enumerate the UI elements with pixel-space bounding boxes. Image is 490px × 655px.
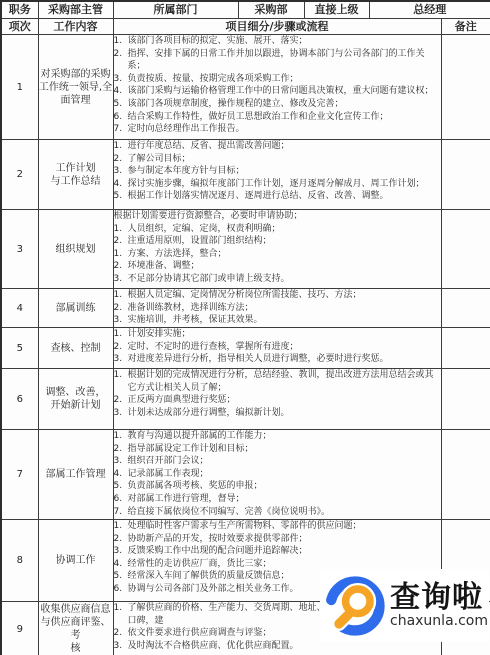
step-text: 不足部分协请其它部门或申请上级支持。 <box>128 273 441 286</box>
step-text: 反馈采购工作中出现的配合问题并追踪解决； <box>128 545 441 558</box>
step-item: 2.指挥、安排下属的日常工作并加以跟进，协调本部门与公司各部门的工作关系； <box>114 48 441 73</box>
row-work-content: 工作计划 与工作总结 <box>38 140 113 210</box>
step-number: 5. <box>114 98 128 111</box>
step-text: 负责部属各项考核、奖惩的申报； <box>128 480 441 493</box>
row-work-content: 部属工作管理 <box>38 430 113 520</box>
step-text: 对进度差异进行分析，指导相关人员进行调整，必要时进行奖惩。 <box>128 353 441 366</box>
watermark-text-block: 查询啦 chaxunla.com <box>390 583 488 628</box>
row-steps: 1.根据人员定编、定岗情况分析岗位所需技能、技巧、方法；2.准备训练教材，选择训… <box>113 289 441 328</box>
step-item: 5.该部门各项规章制度，操作规程的建立、修改及完善； <box>114 98 441 111</box>
step-item: 2.了解公司目标； <box>114 153 441 166</box>
step-item: 3.组织召开部门会议； <box>114 455 441 468</box>
position-label: 职务 <box>1 1 38 19</box>
step-text: 根据计划的完成情况进行分析，总结经验、教训，提出改进方法用总结会或其它方式让相关… <box>128 369 441 394</box>
row-steps: 1.进行年度总结、反省、提出需改善问题；2.了解公司目标；3.参与制定本年度方针… <box>113 140 441 210</box>
step-number: 6. <box>114 111 128 124</box>
row-steps: 1.教育与沟通以提升部属的工作能力；2.指导部属设定工作计划和目标；3.组织召开… <box>113 430 441 520</box>
step-item: 1.教育与沟通以提升部属的工作能力； <box>114 430 441 443</box>
step-text: 指挥、安排下属的日常工作并加以跟进，协调本部门与公司各部门的工作关系； <box>128 48 441 73</box>
step-number: 6. <box>114 583 128 596</box>
row-remark <box>441 328 490 369</box>
step-text: 注重适用原则，设置部门组织结构； <box>128 235 441 248</box>
step-item: 4.该部门采购与运输价格管理工作中的日常问题具决策权，重大问题有建议权； <box>114 85 441 98</box>
step-text: 对部属工作进行管理，督导； <box>128 493 441 506</box>
step-number: 1. <box>114 430 128 443</box>
step-item: 4.探讨实施步骤，编拟年度部门工作计划，逐月逐周分解成月、周工作计划； <box>114 178 441 191</box>
step-item: 1.方案、方法选择，整合； <box>114 248 441 261</box>
step-number: 4. <box>114 468 128 481</box>
step-text: 根据人员定编、定岗情况分析岗位所需技能、技巧、方法； <box>128 289 441 302</box>
step-number: 1. <box>114 602 128 627</box>
step-number: 2. <box>114 394 128 407</box>
header-row-columns: 项次 工作内容 项目细分/步骤或流程 备注 <box>1 19 490 35</box>
step-item: 3.负责按质、按量、按期完成各项采购工作； <box>114 73 441 86</box>
step-number: 3. <box>114 73 128 86</box>
step-number: 3. <box>114 353 128 366</box>
step-text: 处理临时性客户需求与生产所需物料、零部件的供应问题； <box>128 520 441 533</box>
step-item: 4.记录部属工作表现； <box>114 468 441 481</box>
step-number: 3. <box>114 314 128 327</box>
department-value: 采购部 <box>238 1 304 19</box>
row-remark <box>441 289 490 328</box>
step-text: 该部门各项规章制度，操作规程的建立、修改及完善； <box>128 98 441 111</box>
step-item: 根据计划需要进行资源整合，必要时申请协助； <box>114 210 441 223</box>
step-text: 负责按质、按量、按期完成各项采购工作； <box>128 73 441 86</box>
row-steps: 1.根据计划的完成情况进行分析，总结经验、教训，提出改进方法用总结会或其它方式让… <box>113 369 441 430</box>
row-number: 6 <box>1 369 38 430</box>
step-text: 准备训练教材，选择训练方法； <box>128 302 441 315</box>
step-text: 了解公司目标； <box>128 153 441 166</box>
step-item: 7.给直接下属依岗位不同编写、完善《岗位说明书》。 <box>114 506 441 519</box>
step-text: 进行年度总结、反省、提出需改善问题； <box>128 140 441 153</box>
row-work-content: 对采购部的采购 工作统一领导,全 面管理 <box>38 35 113 140</box>
step-item: 2.定时、不定时的进行查核，掌握所有进度； <box>114 341 441 354</box>
table-row: 4部属训练1.根据人员定编、定岗情况分析岗位所需技能、技巧、方法；2.准备训练教… <box>1 289 490 328</box>
step-item: 1.处理临时性客户需求与生产所需物料、零部件的供应问题； <box>114 520 441 533</box>
row-number: 9 <box>1 602 38 655</box>
step-item: 3.不足部分协请其它部门或申请上级支持。 <box>114 273 441 286</box>
step-item: 5.负责部属各项考核、奖惩的申报； <box>114 480 441 493</box>
step-number: 2. <box>114 341 128 354</box>
step-text: 组织召开部门会议； <box>128 455 441 468</box>
step-text: 该部门采购与运输价格管理工作中的日常问题具决策权，重大问题有建议权； <box>128 85 441 98</box>
step-text: 定时向总经理作出工作报告。 <box>128 123 441 136</box>
step-item: 1.该部门各项目标的拟定、实施、展开、落实； <box>114 35 441 48</box>
step-item: 7.定时向总经理作出工作报告。 <box>114 123 441 136</box>
step-text: 定时、不定时的进行查核，掌握所有进度； <box>128 341 441 354</box>
step-item: 3.实施培训，并考核，保证其效果。 <box>114 314 441 327</box>
row-remark <box>441 35 490 140</box>
step-number: 2. <box>114 443 128 456</box>
row-work-content: 查核、控制 <box>38 328 113 369</box>
step-text: 人员组织，定编、定岗，权责利明确； <box>128 223 441 236</box>
step-text: 计划未达成部分进行调整，编拟新计划。 <box>128 407 441 420</box>
step-text: 该部门各项目标的拟定、实施、展开、落实； <box>128 35 441 48</box>
step-item: 3.对进度差异进行分析，指导相关人员进行调整，必要时进行奖惩。 <box>114 353 441 366</box>
report-to-value: 总经理 <box>369 1 490 19</box>
step-text: 计划安排实施； <box>128 328 441 341</box>
step-number: 3. <box>114 455 128 468</box>
step-number: 2. <box>114 533 128 546</box>
table-row: 6调整、改善， 开始新计划1.根据计划的完成情况进行分析，总结经验、教训，提出改… <box>1 369 490 430</box>
row-number: 3 <box>1 210 38 289</box>
step-text: 记录部属工作表现； <box>128 468 441 481</box>
row-work-content: 部属训练 <box>38 289 113 328</box>
step-number: 1. <box>114 35 128 48</box>
row-number: 2 <box>1 140 38 210</box>
step-item: 2.指导部属设定工作计划和目标； <box>114 443 441 456</box>
step-item: 2.环境准备、调整； <box>114 260 441 273</box>
col-steps-label: 项目细分/步骤或流程 <box>113 19 441 35</box>
header-row-top: 职务 采购部主管 所属部门 采购部 直接上级 总经理 <box>1 1 490 19</box>
step-text: 教育与沟通以提升部属的工作能力； <box>128 430 441 443</box>
table-row: 3组织规划根据计划需要进行资源整合，必要时申请协助；1.人员组织，定编、定岗，权… <box>1 210 490 289</box>
watermark: 查询啦 chaxunla.com <box>320 569 489 642</box>
row-number: 5 <box>1 328 38 369</box>
step-number: 2. <box>114 153 128 166</box>
step-item: 1.根据人员定编、定岗情况分析岗位所需技能、技巧、方法； <box>114 289 441 302</box>
step-number: 3. <box>114 545 128 558</box>
step-number: 5. <box>114 190 128 203</box>
row-remark <box>441 430 490 520</box>
row-number: 7 <box>1 430 38 520</box>
job-description-document: 职务 采购部主管 所属部门 采购部 直接上级 总经理 项次 工作内容 项目细分/… <box>0 0 490 655</box>
step-number: 2. <box>114 260 128 273</box>
table-row: 1对采购部的采购 工作统一领导,全 面管理1.该部门各项目标的拟定、实施、展开、… <box>1 35 490 140</box>
row-work-content: 协调工作 <box>38 520 113 602</box>
step-text: 给直接下属依岗位不同编写、完善《岗位说明书》。 <box>128 506 441 519</box>
step-text: 指导部属设定工作计划和目标； <box>128 443 441 456</box>
row-steps: 根据计划需要进行资源整合，必要时申请协助；1.人员组织，定编、定岗，权责利明确；… <box>113 210 441 289</box>
step-number: 3. <box>114 165 128 178</box>
step-number: 2. <box>114 48 128 73</box>
step-number: 1. <box>114 248 128 261</box>
step-item: 3.反馈采购工作中出现的配合问题并追踪解决； <box>114 545 441 558</box>
step-number: 3. <box>114 640 128 653</box>
step-item: 2.注重适用原则，设置部门组织结构； <box>114 235 441 248</box>
step-text: 根据计划需要进行资源整合，必要时申请协助； <box>114 210 441 223</box>
step-item: 2.准备训练教材，选择训练方法； <box>114 302 441 315</box>
step-item: 5.根据工作计划落实情况逐月、逐周进行总结、反省、改善、调整。 <box>114 190 441 203</box>
row-remark <box>441 210 490 289</box>
step-number: 2. <box>114 627 128 640</box>
row-remark <box>441 140 490 210</box>
row-work-content: 组织规划 <box>38 210 113 289</box>
step-number: 7. <box>114 123 128 136</box>
step-item: 6.结合采购工作特性，做好员工思想政治工作和企业文化宣传工作； <box>114 111 441 124</box>
step-number: 4. <box>114 558 128 571</box>
col-item-no-label: 项次 <box>1 19 38 35</box>
step-item: 1.进行年度总结、反省、提出需改善问题； <box>114 140 441 153</box>
step-number: 1. <box>114 520 128 533</box>
step-item: 2.协助新产品的开发，按时效要求提供零部件； <box>114 533 441 546</box>
step-number: 3. <box>114 273 128 286</box>
table-row: 5查核、控制1.计划安排实施；2.定时、不定时的进行查核，掌握所有进度；3.对进… <box>1 328 490 369</box>
watermark-domain-text: chaxunla.com <box>390 614 488 628</box>
step-number: 1. <box>114 223 128 236</box>
step-number: 1. <box>114 140 128 153</box>
department-label: 所属部门 <box>113 1 238 19</box>
step-text: 参与制定本年度方针与目标； <box>128 165 441 178</box>
step-number: 6. <box>114 493 128 506</box>
step-number: 5. <box>114 480 128 493</box>
col-work-content-label: 工作内容 <box>38 19 113 35</box>
step-number: 2. <box>114 302 128 315</box>
job-description-table: 职务 采购部主管 所属部门 采购部 直接上级 总经理 项次 工作内容 项目细分/… <box>0 0 490 655</box>
row-number: 8 <box>1 520 38 602</box>
step-text: 正反两方面典型进行奖惩； <box>128 394 441 407</box>
step-item: 1.计划安排实施； <box>114 328 441 341</box>
step-item: 1.人员组织，定编、定岗，权责利明确； <box>114 223 441 236</box>
watermark-brand-text: 查询啦 <box>390 583 488 613</box>
position-value: 采购部主管 <box>38 1 113 19</box>
step-text: 探讨实施步骤，编拟年度部门工作计划，逐月逐周分解成月、周工作计划； <box>128 178 441 191</box>
row-remark <box>441 369 490 430</box>
step-number: 2. <box>114 235 128 248</box>
row-steps: 1.该部门各项目标的拟定、实施、展开、落实；2.指挥、安排下属的日常工作并加以跟… <box>113 35 441 140</box>
row-number: 4 <box>1 289 38 328</box>
step-text: 协助新产品的开发，按时效要求提供零部件； <box>128 533 441 546</box>
step-item: 1.根据计划的完成情况进行分析，总结经验、教训，提出改进方法用总结会或其它方式让… <box>114 369 441 394</box>
row-number: 1 <box>1 35 38 140</box>
row-steps: 1.计划安排实施；2.定时、不定时的进行查核，掌握所有进度；3.对进度差异进行分… <box>113 328 441 369</box>
step-number: 4. <box>114 85 128 98</box>
step-text: 方案、方法选择，整合； <box>128 248 441 261</box>
row-work-content: 收集供应商信息 与供应商评鉴、考 核 <box>38 602 113 655</box>
chaxunla-logo-icon <box>323 574 387 638</box>
report-to-label: 直接上级 <box>304 1 369 19</box>
step-item: 2.正反两方面典型进行奖惩； <box>114 394 441 407</box>
col-remarks-label: 备注 <box>441 19 490 35</box>
step-text: 环境准备、调整； <box>128 260 441 273</box>
step-number: 3. <box>114 407 128 420</box>
step-item: 6.对部属工作进行管理，督导； <box>114 493 441 506</box>
step-number: 1. <box>114 328 128 341</box>
table-row: 2工作计划 与工作总结1.进行年度总结、反省、提出需改善问题；2.了解公司目标；… <box>1 140 490 210</box>
step-number: 4. <box>114 178 128 191</box>
step-number: 1. <box>114 289 128 302</box>
row-work-content: 调整、改善， 开始新计划 <box>38 369 113 430</box>
step-number: 5. <box>114 570 128 583</box>
step-number: 1. <box>114 369 128 394</box>
step-text: 根据工作计划落实情况逐月、逐周进行总结、反省、改善、调整。 <box>128 190 441 203</box>
step-text: 结合采购工作特性，做好员工思想政治工作和企业文化宣传工作； <box>128 111 441 124</box>
step-text: 实施培训，并考核，保证其效果。 <box>128 314 441 327</box>
step-item: 3.参与制定本年度方针与目标； <box>114 165 441 178</box>
step-number: 7. <box>114 506 128 519</box>
table-row: 7部属工作管理1.教育与沟通以提升部属的工作能力；2.指导部属设定工作计划和目标… <box>1 430 490 520</box>
step-item: 3.计划未达成部分进行调整，编拟新计划。 <box>114 407 441 420</box>
